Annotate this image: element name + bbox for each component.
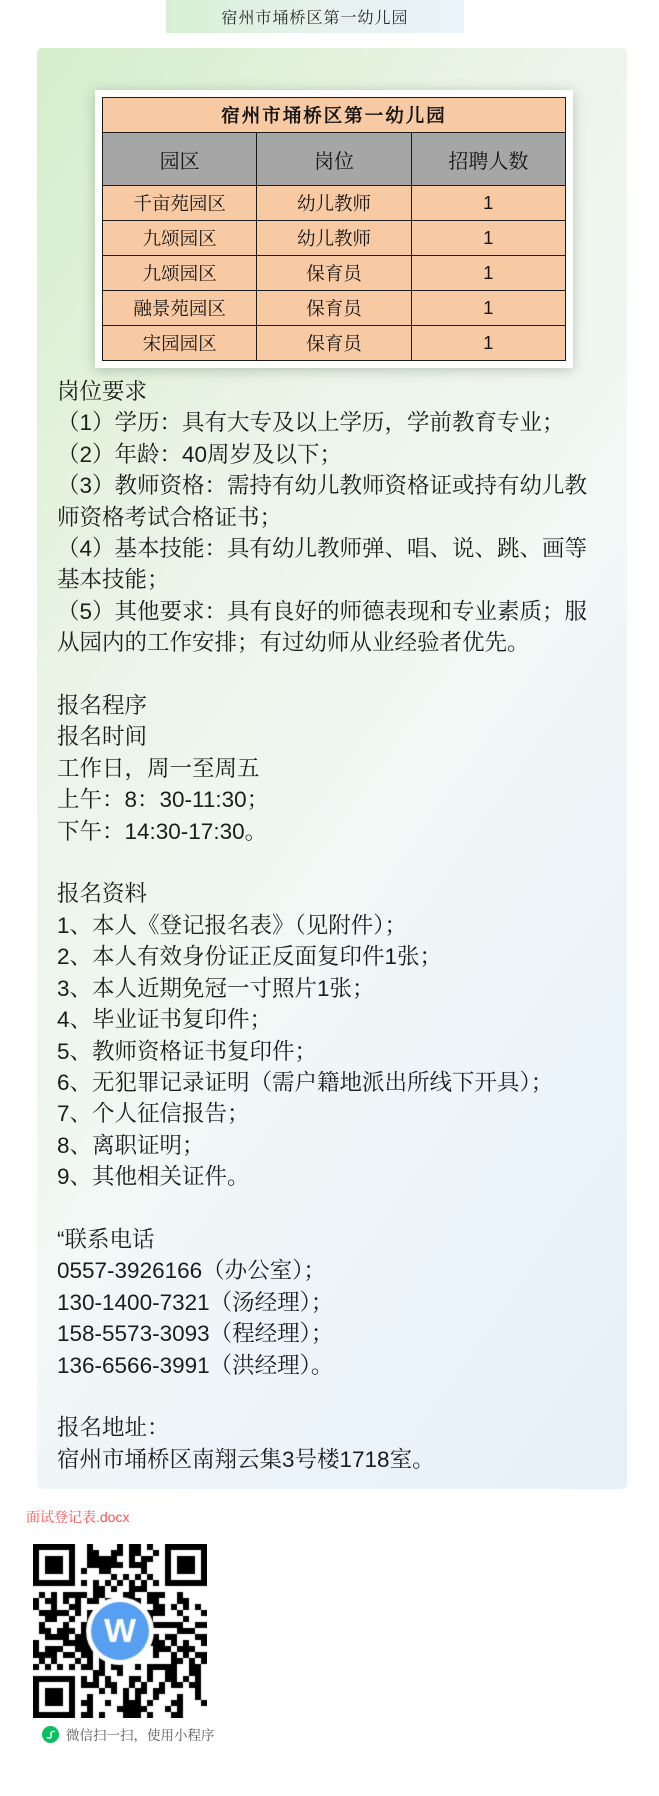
qr-caption-text: 微信扫一扫，使用小程序 <box>66 1724 215 1744</box>
table-cell: 融景苑园区 <box>103 291 257 326</box>
table-cell: 九颂园区 <box>103 221 257 256</box>
text-line: （3）教师资格：需持有幼儿教师资格证或持有幼儿教师资格考试合格证书； <box>57 470 603 533</box>
table-row: 宋园园区保育员1 <box>103 326 566 361</box>
table-cell: 幼儿教师 <box>257 186 411 221</box>
blank-line <box>57 1193 603 1224</box>
table-cell: 1 <box>411 186 565 221</box>
text-line: 报名时间 <box>57 721 603 752</box>
attachment-link[interactable]: 面试登记表.docx <box>26 1507 129 1527</box>
table-cell: 1 <box>411 221 565 256</box>
table-header-row: 园区岗位招聘人数 <box>103 133 566 186</box>
text-line: （5）其他要求：具有良好的师德表现和专业素质；服从园内的工作安排；有过幼师从业经… <box>57 596 603 659</box>
page-title: 宿州市埇桥区第一幼儿园 <box>166 0 464 33</box>
table-cell: 1 <box>411 256 565 291</box>
text-line: 130-1400-7321（汤经理）； <box>57 1287 603 1318</box>
blank-line <box>57 1381 603 1412</box>
text-line: 6、无犯罪记录证明（需户籍地派出所线下开具）； <box>57 1067 603 1098</box>
table-column-header: 招聘人数 <box>411 133 565 186</box>
text-line: 158-5573-3093（程经理）； <box>57 1318 603 1349</box>
table-column-header: 岗位 <box>257 133 411 186</box>
text-line: 9、其他相关证件。 <box>57 1161 603 1192</box>
text-line: 工作日，周一至周五 <box>57 753 603 784</box>
text-line: 136-6566-3991（洪经理）。 <box>57 1350 603 1381</box>
text-line: （4）基本技能：具有幼儿教师弹、唱、说、跳、画等基本技能； <box>57 533 603 596</box>
table-cell: 九颂园区 <box>103 256 257 291</box>
text-line: 下午：14:30-17:30。 <box>57 816 603 847</box>
text-line: 上午：8：30-11:30； <box>57 784 603 815</box>
wechat-miniprogram-icon <box>42 1726 59 1743</box>
text-line: 岗位要求 <box>57 376 603 407</box>
table-cell: 宋园园区 <box>103 326 257 361</box>
table-cell: 幼儿教师 <box>257 221 411 256</box>
text-line: 报名地址： <box>57 1412 603 1443</box>
blank-line <box>57 847 603 878</box>
table-title: 宿州市埇桥区第一幼儿园 <box>103 98 566 133</box>
table-cell: 保育员 <box>257 326 411 361</box>
text-line: 4、毕业证书复印件； <box>57 1004 603 1035</box>
content-panel: 宿州市埇桥区第一幼儿园 园区岗位招聘人数 千亩苑园区幼儿教师1九颂园区幼儿教师1… <box>37 48 627 1489</box>
table-column-header: 园区 <box>103 133 257 186</box>
text-line: 0557-3926166（办公室）； <box>57 1255 603 1286</box>
text-line: 宿州市埇桥区南翔云集3号楼1718室。 <box>57 1444 603 1475</box>
table-cell: 保育员 <box>257 291 411 326</box>
recruitment-table-card: 宿州市埇桥区第一幼儿园 园区岗位招聘人数 千亩苑园区幼儿教师1九颂园区幼儿教师1… <box>95 90 573 368</box>
text-line: 3、本人近期免冠一寸照片1张； <box>57 973 603 1004</box>
text-line: 1、本人《登记报名表》（见附件）； <box>57 910 603 941</box>
blank-line <box>57 659 603 690</box>
text-line: 2、本人有效身份证正反面复印件1张； <box>57 941 603 972</box>
qr-code-block <box>33 1544 207 1718</box>
qr-code <box>33 1544 207 1718</box>
table-cell: 1 <box>411 291 565 326</box>
table-row: 九颂园区幼儿教师1 <box>103 221 566 256</box>
qr-caption: 微信扫一扫，使用小程序 <box>42 1724 659 1744</box>
table-cell: 千亩苑园区 <box>103 186 257 221</box>
text-line: 报名程序 <box>57 690 603 721</box>
table-cell: 1 <box>411 326 565 361</box>
article-body: 岗位要求（1）学历：具有大专及以上学历，学前教育专业；（2）年龄：40周岁及以下… <box>57 376 603 1475</box>
text-line: 7、个人征信报告； <box>57 1098 603 1129</box>
text-line: 5、教师资格证书复印件； <box>57 1036 603 1067</box>
text-line: “联系电话 <box>57 1224 603 1255</box>
text-line: （1）学历：具有大专及以上学历，学前教育专业； <box>57 407 603 438</box>
text-line: 报名资料 <box>57 878 603 909</box>
table-title-row: 宿州市埇桥区第一幼儿园 <box>103 98 566 133</box>
table-row: 融景苑园区保育员1 <box>103 291 566 326</box>
recruitment-table: 宿州市埇桥区第一幼儿园 园区岗位招聘人数 千亩苑园区幼儿教师1九颂园区幼儿教师1… <box>102 97 566 361</box>
text-line: （2）年龄：40周岁及以下； <box>57 439 603 470</box>
table-cell: 保育员 <box>257 256 411 291</box>
table-row: 九颂园区保育员1 <box>103 256 566 291</box>
table-row: 千亩苑园区幼儿教师1 <box>103 186 566 221</box>
text-line: 8、离职证明； <box>57 1130 603 1161</box>
